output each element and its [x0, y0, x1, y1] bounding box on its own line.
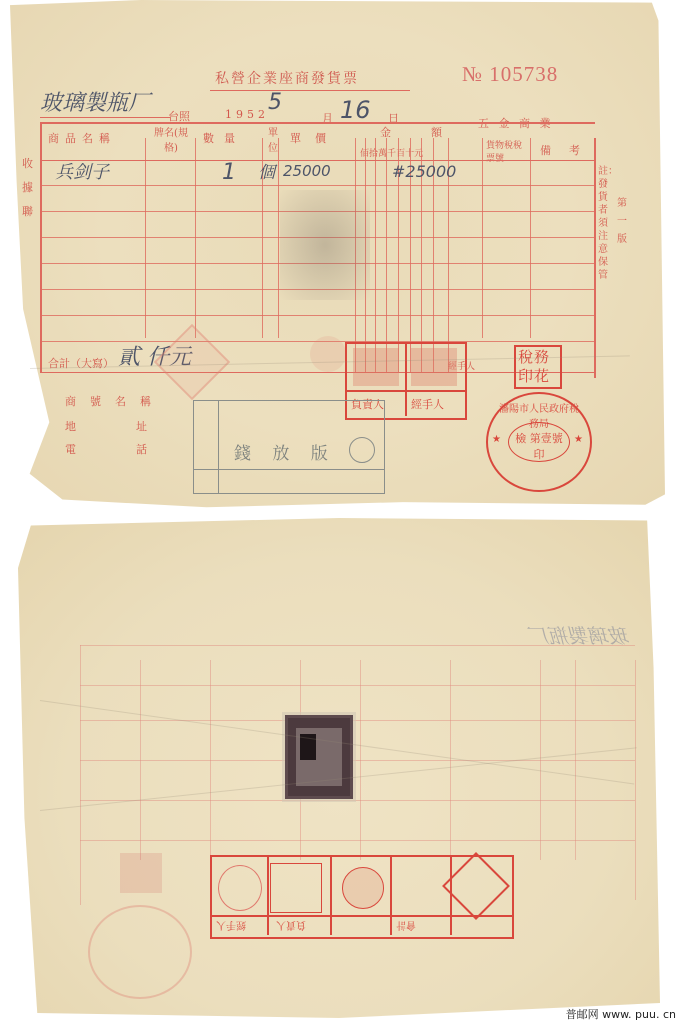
col-unit-price: 單價 — [290, 130, 340, 146]
bleed-hline — [80, 840, 635, 841]
bleed-line — [80, 645, 81, 905]
table-top-border — [40, 122, 595, 124]
tax-seal-text: 稅務印花 — [518, 348, 558, 386]
table-right-border — [594, 138, 596, 378]
bleed-hline — [80, 720, 635, 721]
stamp-divider — [212, 915, 512, 917]
faint-round-seal — [310, 336, 346, 372]
back-label: 負責人 — [276, 919, 306, 934]
stamp-divider — [347, 390, 465, 392]
stamp-divider — [330, 857, 332, 935]
bleed-hline — [80, 800, 635, 801]
digit-label: 拾 — [369, 149, 378, 159]
address-label: 地址 — [65, 418, 207, 434]
grid-vline — [375, 138, 376, 372]
grid-vline — [530, 138, 531, 338]
grid-hline — [40, 185, 595, 186]
grid-vline — [195, 138, 196, 338]
total-label: 合計（大寫） — [48, 355, 114, 371]
edition-label: 第一版 — [617, 195, 629, 249]
official-tax-bureau-seal: 瀋陽市人民政府稅務局 檢 第壹號 印 ★ ★ — [486, 392, 592, 492]
revenue-stamp — [285, 715, 353, 799]
row-unit-price: 25000 — [283, 162, 331, 180]
serial-value: 105738 — [489, 62, 558, 86]
stamp-divider — [267, 857, 269, 935]
stamp-shadow-bleed — [280, 190, 370, 300]
bleed-line — [635, 660, 636, 900]
bleed-hline — [80, 685, 635, 686]
date-day: 16 — [340, 96, 371, 124]
digit-label: 千 — [387, 149, 396, 159]
seal-impression — [411, 348, 457, 386]
stamp-divider — [390, 857, 392, 935]
month-label: 月 — [322, 110, 333, 126]
seal-outer-text: 瀋陽市人民政府稅務局 — [496, 400, 582, 430]
square-seal — [270, 863, 322, 913]
date-year: 1952 — [225, 108, 269, 121]
row-unit: 個 — [258, 158, 275, 183]
grey-stamp-divider — [194, 469, 384, 470]
serial-number: № 105738 — [462, 62, 558, 87]
col-quantity: 數量 — [203, 130, 245, 146]
col-amount: 金額 — [380, 124, 482, 140]
row-amount: #25000 — [392, 162, 456, 181]
faint-square-seal — [120, 853, 162, 893]
shop-name-label: 商號名稱 — [65, 393, 165, 409]
col-amount-digits: 佰拾萬千百十元 — [360, 146, 423, 159]
back-label: 經手人 — [216, 919, 246, 934]
serial-prefix: № — [462, 62, 483, 86]
grey-stamp-circle — [349, 437, 375, 463]
table-bottom-border — [40, 372, 595, 373]
grid-vline — [145, 138, 146, 338]
mirrored-buyer-name: 玻璃製瓶厂 — [530, 620, 630, 649]
grey-stamp-divider — [218, 401, 219, 493]
grid-vline — [278, 138, 279, 338]
grid-vline — [386, 138, 387, 372]
site-watermark: 普邮网 www. puu. cn — [566, 1006, 676, 1022]
right-note: 註：發貨者須注意保管 — [598, 165, 610, 282]
star-icon: ★ — [492, 434, 501, 445]
stamp-divider — [405, 344, 407, 416]
buyer-name: 玻璃製瓶厂 — [40, 86, 150, 117]
grid-hline — [40, 315, 595, 316]
col-brand: 牌名(規格) — [150, 124, 192, 154]
faint-round-seal — [88, 905, 192, 999]
col-remarks: 備考 — [540, 142, 598, 158]
tax-square-seal: 稅務印花 — [514, 345, 562, 389]
side-label: 收據聯 — [22, 152, 34, 224]
header-separator — [40, 160, 595, 161]
row-quantity: 1 — [222, 160, 236, 185]
bleed-hline — [80, 760, 635, 761]
invoice-title: 私營企業座商發貨票 — [215, 68, 359, 88]
date-month: 5 — [268, 90, 282, 115]
round-seal — [218, 865, 262, 911]
seal-center-text: 檢 第壹號 印 — [512, 430, 566, 462]
shop-grey-stamp: 錢 放 版 — [193, 400, 385, 494]
phone-label: 電話 — [65, 441, 207, 457]
round-seal — [342, 867, 384, 909]
col-item-name: 商品名稱 — [48, 130, 116, 146]
row-item-name: 兵剑子 — [55, 158, 109, 184]
title-underline — [210, 90, 410, 91]
seal-impression — [353, 348, 399, 386]
grey-stamp-text: 錢 放 版 — [234, 439, 336, 464]
buyer-underline — [40, 117, 170, 118]
back-label: 會計 — [396, 919, 416, 934]
grid-vline — [482, 138, 483, 338]
star-icon: ★ — [574, 434, 583, 445]
stamp-label-right: 經手人 — [411, 396, 444, 412]
